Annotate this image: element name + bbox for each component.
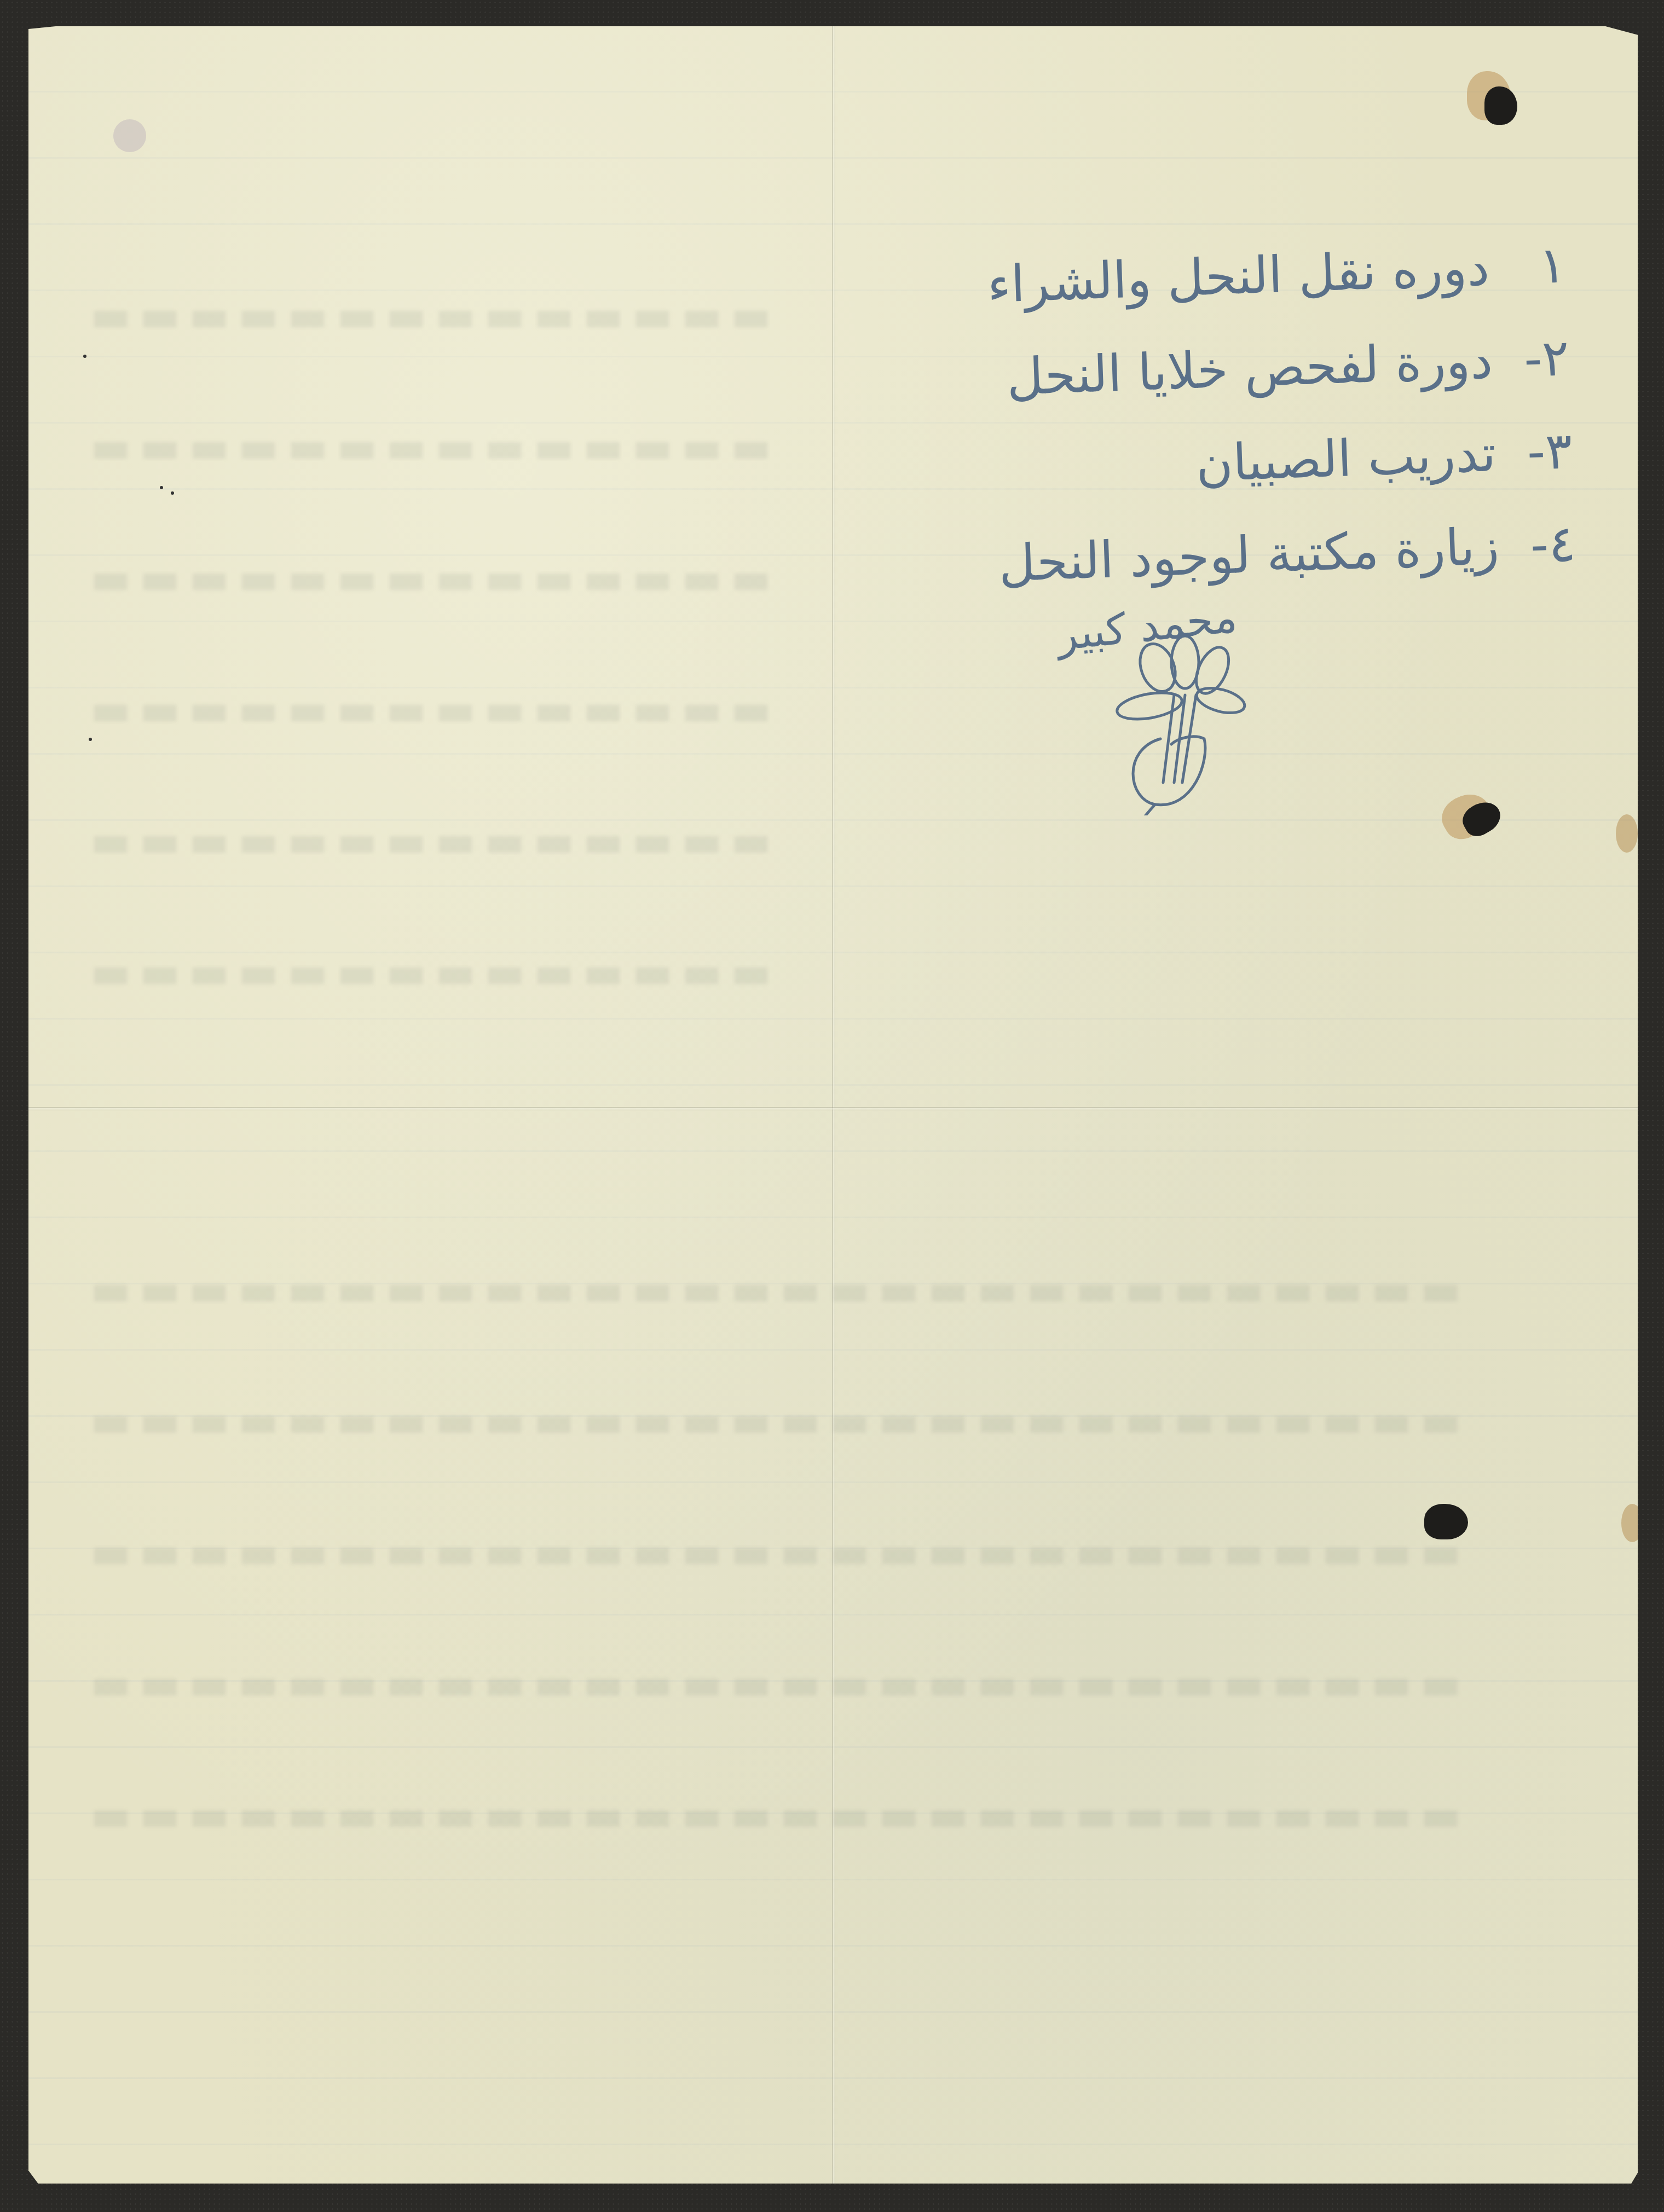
edge-stain [1616,814,1638,853]
punch-hole [1458,796,1506,841]
bleed-through-line [94,1285,1474,1301]
ink-speck [89,738,92,741]
ink-speck [160,486,163,489]
bleed-through-line [94,311,773,327]
item-number: ٣- [1522,404,1574,499]
item-text: دوره نقل النحل والشراء [986,221,1491,332]
bleed-through-line [94,705,773,721]
bleed-through-line [94,1679,1474,1695]
item-number: ٢- [1518,311,1571,406]
item-number: ١ [1515,218,1568,313]
flower-signature-icon [1111,635,1253,815]
item-text: زيارة مكتبة لوجود النحل [997,500,1501,611]
item-number: ٤- [1525,497,1578,592]
ink-speck [171,491,174,495]
punch-hole [1484,86,1517,125]
edge-stain [1621,1504,1643,1542]
bleed-through-line [94,968,773,984]
horizontal-fold-line [28,1107,1638,1110]
bleed-through-line [94,442,773,459]
item-text: تدريب الصبيان [1194,407,1498,511]
punch-hole [1424,1504,1468,1539]
bleed-through-line [94,836,773,853]
bleed-through-line [94,1548,1474,1564]
ink-speck [83,355,86,358]
item-text: دورة لفحص خلايا النحل [1005,314,1494,424]
handwritten-list: ١ دوره نقل النحل والشراء ٢- دورة لفحص خل… [908,218,1577,613]
bleed-through-line [94,574,773,590]
vertical-fold-line [832,26,835,2184]
bleed-through-line [94,1416,1474,1433]
faint-stamp-mark [113,119,146,152]
bleed-through-line [94,1810,1474,1827]
